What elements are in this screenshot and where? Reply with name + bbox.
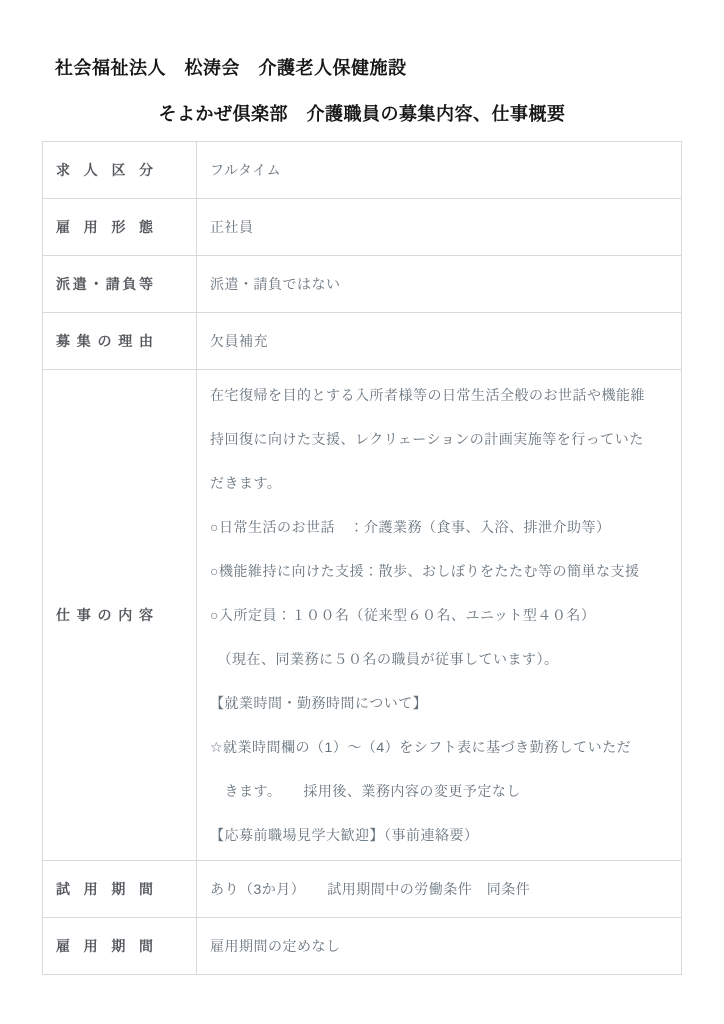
job-description-line: ○日常生活のお世話 ：介護業務（食事、入浴、排泄介助等） bbox=[210, 505, 671, 549]
row-value-cell: あり（3か月） 試用期間中の労働条件 同条件 bbox=[197, 861, 682, 918]
job-description-line: ○機能維持に向けた支援：散歩、おしぼりをたたむ等の簡単な支援 bbox=[210, 549, 671, 593]
row-label: 試用期間 bbox=[56, 879, 153, 899]
job-description-line: ○入所定員：１００名（従来型６０名、ユニット型４０名） bbox=[210, 593, 671, 637]
table-row: 雇用形態正社員 bbox=[43, 199, 682, 256]
document-title: 社会福祉法人 松涛会 介護老人保健施設 bbox=[55, 57, 724, 79]
row-value-cell: 派遣・請負ではない bbox=[197, 256, 682, 313]
row-label-cell: 募集の理由 bbox=[43, 313, 197, 370]
table-row: 派遣・請負等派遣・請負ではない bbox=[43, 256, 682, 313]
table-row: 仕事の内容在宅復帰を目的とする入所者様等の日常生活全般のお世話や機能維持回復に向… bbox=[43, 370, 682, 861]
row-label: 雇用期間 bbox=[56, 936, 153, 956]
table-row: 募集の理由欠員補充 bbox=[43, 313, 682, 370]
row-value-cell: 正社員 bbox=[197, 199, 682, 256]
document-page: { "header": { "title": "社会福祉法人 松涛会 介護老人保… bbox=[0, 0, 724, 1024]
table-row: 試用期間あり（3か月） 試用期間中の労働条件 同条件 bbox=[43, 861, 682, 918]
row-label-cell: 求人区分 bbox=[43, 142, 197, 199]
job-table-body: 求人区分フルタイム雇用形態正社員派遣・請負等派遣・請負ではない募集の理由欠員補充… bbox=[43, 142, 682, 975]
row-label-cell: 仕事の内容 bbox=[43, 370, 197, 861]
job-description-line: （現在、同業務に５０名の職員が従事しています）。 bbox=[210, 637, 671, 681]
row-value-cell: フルタイム bbox=[197, 142, 682, 199]
row-value: 雇用期間の定めなし bbox=[210, 938, 341, 954]
row-label: 雇用形態 bbox=[56, 217, 153, 237]
row-label-cell: 試用期間 bbox=[43, 861, 197, 918]
job-description-line: 持回復に向けた支援、レクリェーションの計画実施等を行っていた bbox=[210, 417, 671, 461]
job-description-line: きます。 採用後、業務内容の変更予定なし bbox=[210, 769, 671, 813]
table-row: 求人区分フルタイム bbox=[43, 142, 682, 199]
table-row: 雇用期間雇用期間の定めなし bbox=[43, 918, 682, 975]
job-details-table: 求人区分フルタイム雇用形態正社員派遣・請負等派遣・請負ではない募集の理由欠員補充… bbox=[42, 141, 682, 975]
row-label-cell: 雇用形態 bbox=[43, 199, 197, 256]
document-subtitle: そよかぜ倶楽部 介護職員の募集内容、仕事概要 bbox=[0, 103, 724, 125]
job-description-line: 【応募前職場見学大歓迎】（事前連絡要） bbox=[210, 813, 671, 857]
row-value: 派遣・請負ではない bbox=[210, 276, 341, 292]
job-description-line: 【就業時間・勤務時間について】 bbox=[210, 681, 671, 725]
row-value: あり（3か月） 試用期間中の労働条件 同条件 bbox=[210, 881, 530, 897]
row-value: 正社員 bbox=[210, 219, 254, 235]
row-label: 仕事の内容 bbox=[56, 605, 153, 625]
job-description-line: だきます。 bbox=[210, 461, 671, 505]
row-label: 派遣・請負等 bbox=[56, 274, 153, 294]
job-description-line: 在宅復帰を目的とする入所者様等の日常生活全般のお世話や機能維 bbox=[210, 373, 671, 417]
row-value-cell: 雇用期間の定めなし bbox=[197, 918, 682, 975]
row-label-cell: 派遣・請負等 bbox=[43, 256, 197, 313]
row-label-cell: 雇用期間 bbox=[43, 918, 197, 975]
row-value-cell: 欠員補充 bbox=[197, 313, 682, 370]
job-description-line: ☆就業時間欄の（1）～（4）をシフト表に基づき勤務していただ bbox=[210, 725, 671, 769]
row-label: 求人区分 bbox=[56, 160, 153, 180]
row-value: 欠員補充 bbox=[210, 333, 268, 349]
row-value: フルタイム bbox=[210, 162, 281, 178]
row-value-cell: 在宅復帰を目的とする入所者様等の日常生活全般のお世話や機能維持回復に向けた支援、… bbox=[197, 370, 682, 861]
row-label: 募集の理由 bbox=[56, 331, 153, 351]
